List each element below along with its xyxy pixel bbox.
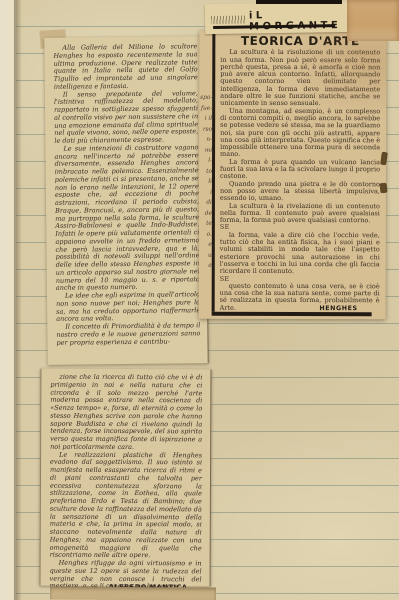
paragraph: la forma, vale a dire ciò che l'occhio v… <box>220 232 380 276</box>
left-article-clipping-bottom: zione che la ricerca di tutto ciò che vi… <box>40 369 212 587</box>
cut-column-fragments: spa-fue-i ilrson-mil-toliidideteo.eua <box>199 93 213 313</box>
fragment-text: fue- <box>199 103 212 114</box>
paragraph: Il senso prepotente del volume, l'istint… <box>54 90 199 146</box>
fragment-text: li <box>199 177 212 188</box>
paragraph: Il concetto di Primordialità è da tempo … <box>56 322 200 347</box>
paragraph: La scultura è la rivelazione di un conte… <box>220 202 380 224</box>
article-body: TEORICA D'ARTE La scultura è la risoluzi… <box>220 37 381 313</box>
bottom-rule <box>212 312 372 316</box>
fragment-text: rso <box>199 124 212 135</box>
fragment-text: te <box>199 219 212 230</box>
paragraph: Le idee che egli esprime in quell'artico… <box>56 291 200 324</box>
fragment-text: o. <box>199 229 212 240</box>
paragraph: Alla Galleria del Milione lo scultore He… <box>53 43 197 91</box>
paragraph: Quando prendo una pietra e le dò contorn… <box>220 180 380 202</box>
scrapbook-page: Alla Galleria del Milione lo scultore He… <box>0 0 399 600</box>
fragment-text: de <box>199 208 212 219</box>
masthead-title: iL MORGANTE <box>249 9 354 33</box>
il-morgante-masthead: iL MORGANTE <box>205 2 354 34</box>
teorica-darte-clipping: spa-fue-i ilrson-mil-toliidideteo.eua TE… <box>199 31 387 319</box>
clipping-edge-strip <box>50 586 216 600</box>
ink-smudge <box>211 16 245 25</box>
paragraph: zione che la ricerca di tutto ciò che vi… <box>50 374 202 452</box>
fragment-text: i il <box>199 114 212 125</box>
fragment-text: spa- <box>199 93 212 104</box>
fragment-text: e <box>199 240 212 251</box>
left-article-clipping-top: Alla Galleria del Milione lo scultore He… <box>44 36 208 365</box>
column-rule <box>212 34 216 312</box>
paragraph: La scultura è la risoluzione di un conte… <box>220 49 380 108</box>
fragment-text: n- <box>199 135 212 146</box>
fragment-text: u <box>199 250 212 261</box>
fragment-text: i <box>199 187 212 198</box>
fragment-text: di <box>199 198 212 209</box>
paragraph: Le sue intenzioni di costruttore vagano … <box>54 144 200 293</box>
fragment-text: a <box>199 261 212 272</box>
fragment-text: l- <box>199 156 212 167</box>
paragraph: Le realizzazioni plastiche di Henghes ev… <box>50 451 202 560</box>
paragraph: Una montagna, ad esempio, è un complesso… <box>220 107 380 158</box>
fragment-text: mi <box>199 145 212 156</box>
binding-crease <box>14 0 22 600</box>
author-signature: HENGHES <box>220 305 380 313</box>
tape-mark <box>379 183 387 194</box>
tape-piece <box>347 0 399 41</box>
top-black-rule <box>256 0 342 4</box>
paragraph: La forma è pura quando un vulcano lancia… <box>220 159 380 181</box>
fragment-text: to <box>199 166 212 177</box>
